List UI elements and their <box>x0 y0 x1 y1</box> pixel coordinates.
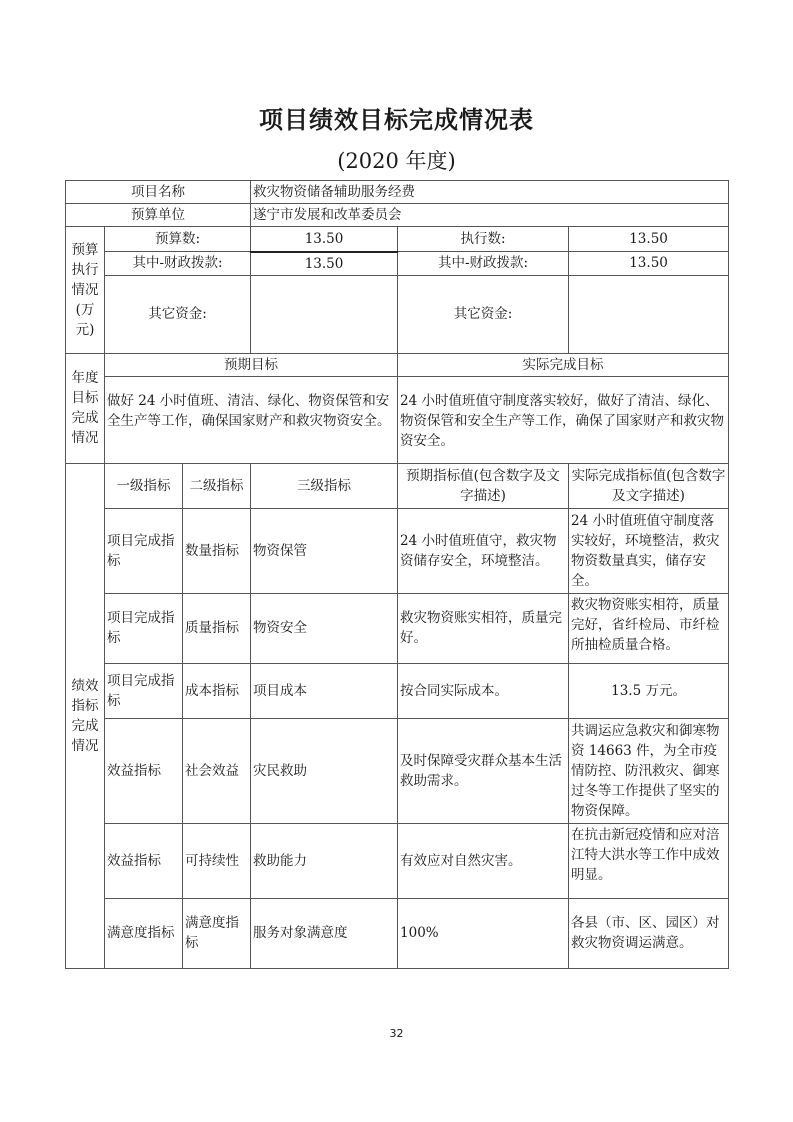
exec-amount-label: 执行数: <box>398 227 569 252</box>
other-funds-value-budget <box>251 275 398 353</box>
indicator-expected: 有效应对自然灾害。 <box>398 823 569 898</box>
fiscal-label-budget: 其中-财政拨款: <box>105 252 251 276</box>
indicator-level3: 灾民救助 <box>251 718 398 823</box>
project-name-row: 项目名称 救灾物资储备辅助服务经费 <box>66 181 729 204</box>
indicator-level3: 救助能力 <box>251 823 398 898</box>
indicator-row: 效益指标 可持续性 救助能力 有效应对自然灾害。 在抗击新冠疫情和应对涪江特大洪… <box>66 823 729 898</box>
annual-content-row: 做好 24 小时值班、清洁、绿化、物资保管和安全生产等工作，确保国家财产和救灾物… <box>66 376 729 463</box>
annual-header-row: 年度目标完成情况 预期目标 实际完成目标 <box>66 353 729 376</box>
budget-section-label: 预算执行情况(万元) <box>66 227 105 354</box>
indicator-level3: 物资保管 <box>251 508 398 593</box>
indicator-actual: 各县（市、区、园区）对救灾物资调运满意。 <box>569 898 729 968</box>
budget-amount-row: 预算执行情况(万元) 预算数: 13.50 执行数: 13.50 <box>66 227 729 252</box>
indicator-expected: 24 小时值班值守，救灾物资储存安全，环境整洁。 <box>398 508 569 593</box>
header-actual-value: 实际完成指标值(包含数字及文字描述) <box>569 463 729 508</box>
header-level3: 三级指标 <box>251 463 398 508</box>
budget-unit-row: 预算单位 遂宁市发展和改革委员会 <box>66 204 729 227</box>
annual-section-label: 年度目标完成情况 <box>66 353 105 463</box>
indicator-actual: 救灾物资账实相符，质量完好，省纤检局、市纤检所抽检质量合格。 <box>569 593 729 663</box>
budget-amount-label: 预算数: <box>105 227 251 252</box>
indicator-level1: 项目完成指标 <box>105 663 183 718</box>
indicator-level2: 满意度指标 <box>183 898 251 968</box>
budget-unit-label: 预算单位 <box>66 204 251 227</box>
indicator-row: 效益指标 社会效益 灾民救助 及时保障受灾群众基本生活救助需求。 共调运应急救灾… <box>66 718 729 823</box>
indicator-actual: 共调运应急救灾和御寒物资 14663 件，为全市疫情防控、防汛救灾、御寒过冬等工… <box>569 718 729 823</box>
indicator-level2: 质量指标 <box>183 593 251 663</box>
indicator-level2: 社会效益 <box>183 718 251 823</box>
indicator-actual: 在抗击新冠疫情和应对涪江特大洪水等工作中成效明显。 <box>569 823 729 898</box>
page-number: 32 <box>0 1027 793 1040</box>
other-funds-label-exec: 其它资金: <box>398 275 569 353</box>
expected-goal-text: 做好 24 小时值班、清洁、绿化、物资保管和安全生产等工作，确保国家财产和救灾物… <box>105 376 398 463</box>
other-funds-row: 其它资金: 其它资金: <box>66 275 729 353</box>
indicator-level1: 效益指标 <box>105 718 183 823</box>
budget-unit-value: 遂宁市发展和改革委员会 <box>251 204 729 227</box>
fiscal-label-exec: 其中-财政拨款: <box>398 252 569 276</box>
indicator-row: 项目完成指标 成本指标 项目成本 按合同实际成本。 13.5 万元。 <box>66 663 729 718</box>
indicator-header-row: 绩效指标完成情况 一级指标 二级指标 三级指标 预期指标值(包含数字及文字描述)… <box>66 463 729 508</box>
project-name-value: 救灾物资储备辅助服务经费 <box>251 181 729 204</box>
indicator-expected: 及时保障受灾群众基本生活救助需求。 <box>398 718 569 823</box>
document-title: 项目绩效目标完成情况表 <box>0 100 793 135</box>
header-expected-value: 预期指标值(包含数字及文字描述) <box>398 463 569 508</box>
indicator-expected: 100% <box>398 898 569 968</box>
indicator-level3: 服务对象满意度 <box>251 898 398 968</box>
indicator-level3: 物资安全 <box>251 593 398 663</box>
performance-table: 项目名称 救灾物资储备辅助服务经费 预算单位 遂宁市发展和改革委员会 预算执行情… <box>65 180 729 969</box>
indicator-expected: 救灾物资账实相符，质量完好。 <box>398 593 569 663</box>
header-level1: 一级指标 <box>105 463 183 508</box>
indicator-level1: 项目完成指标 <box>105 593 183 663</box>
indicator-level3: 项目成本 <box>251 663 398 718</box>
indicator-level1: 项目完成指标 <box>105 508 183 593</box>
exec-amount-value: 13.50 <box>569 227 729 252</box>
indicator-level1: 满意度指标 <box>105 898 183 968</box>
indicator-row: 满意度指标 满意度指标 服务对象满意度 100% 各县（市、区、园区）对救灾物资… <box>66 898 729 968</box>
indicator-section-label: 绩效指标完成情况 <box>66 463 105 968</box>
budget-amount-value: 13.50 <box>251 227 398 252</box>
indicator-level1: 效益指标 <box>105 823 183 898</box>
indicator-actual: 13.5 万元。 <box>569 663 729 718</box>
header-level2: 二级指标 <box>183 463 251 508</box>
fiscal-value-exec: 13.50 <box>569 252 729 276</box>
project-name-label: 项目名称 <box>66 181 251 204</box>
indicator-expected: 按合同实际成本。 <box>398 663 569 718</box>
fiscal-row: 其中-财政拨款: 13.50 其中-财政拨款: 13.50 <box>66 252 729 276</box>
document-subtitle: (2020 年度) <box>0 145 793 175</box>
fiscal-value-budget: 13.50 <box>251 252 398 276</box>
actual-goal-header: 实际完成目标 <box>398 353 729 376</box>
indicator-row: 项目完成指标 数量指标 物资保管 24 小时值班值守，救灾物资储存安全，环境整洁… <box>66 508 729 593</box>
indicator-actual: 24 小时值班值守制度落实较好，环境整洁，救灾物资数量真实，储存安全。 <box>569 508 729 593</box>
other-funds-value-exec <box>569 275 729 353</box>
indicator-level2: 可持续性 <box>183 823 251 898</box>
indicator-level2: 数量指标 <box>183 508 251 593</box>
indicator-level2: 成本指标 <box>183 663 251 718</box>
indicator-row: 项目完成指标 质量指标 物资安全 救灾物资账实相符，质量完好。 救灾物资账实相符… <box>66 593 729 663</box>
expected-goal-header: 预期目标 <box>105 353 398 376</box>
actual-goal-text: 24 小时值班值守制度落实较好，做好了清洁、绿化、物资保管和安全生产等工作，确保… <box>398 376 729 463</box>
other-funds-label-budget: 其它资金: <box>105 275 251 353</box>
